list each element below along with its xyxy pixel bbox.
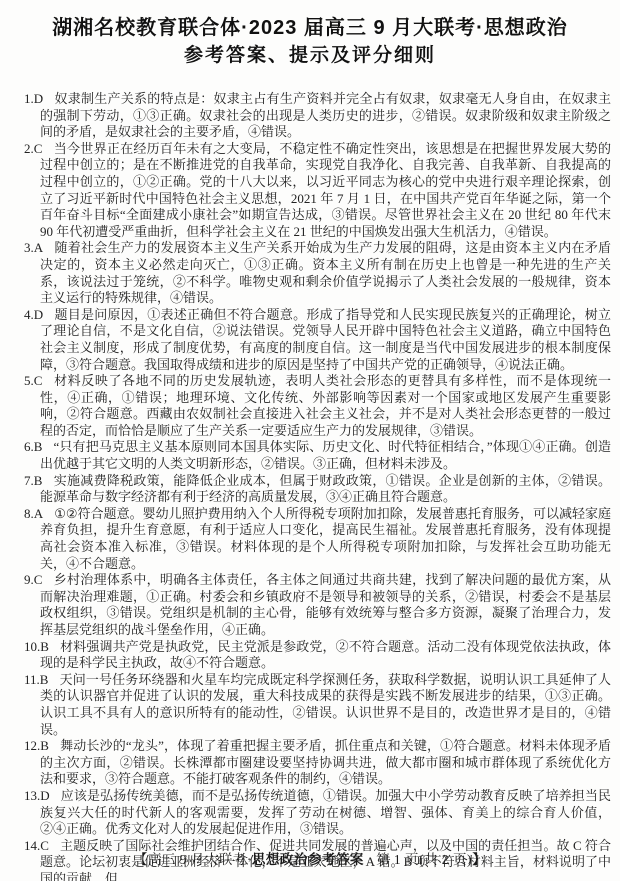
document-header: 湖湘名校教育联合体·2023 届高三 9 月大联考·思想政治 参考答案、提示及评… — [0, 0, 620, 70]
footer-subject-title: 思想政治参考答案 — [252, 852, 364, 867]
answer-text: 材料强调共产党是执政党，民主党派是参政党，②不符合题意。活动二没有体现党依法执政… — [40, 639, 611, 671]
answer-item-8: 8.A①②符合题意。婴幼儿照护费用纳入个人所得税专项附加扣除，发展普惠托育服务，… — [12, 506, 611, 572]
answer-item-13: 13.D应该是弘扬传统美德，而不是弘扬传统道德，①错误。加强大中小学劳动教育反映… — [12, 788, 611, 838]
answer-label: 6.B — [24, 439, 42, 454]
answer-item-11: 11.B天问一号任务环绕器和火星车均完成既定科学探测任务，获取科学数据，说明认识… — [12, 672, 611, 738]
page-footer: 【高三 9 月大联考·思想政治参考答案第 1 页(共 2 页)】 — [0, 848, 620, 868]
answer-label: 5.C — [24, 373, 42, 388]
answer-text: 应该是弘扬传统美德，而不是弘扬传统道德，①错误。加强大中小学劳动教育反映了培养担… — [40, 788, 611, 836]
answer-text: 实施减费降税政策，能降低企业成本，但属于财政政策，①错误。企业是创新的主体，②错… — [40, 473, 611, 505]
answer-label: 3.A — [24, 240, 43, 255]
answer-text: 天问一号任务环绕器和火星车均完成既定科学探测任务，获取科学数据，说明认识工具延伸… — [40, 672, 611, 737]
footer-page-number: 第 1 页(共 2 页)】 — [376, 852, 486, 867]
answer-item-9: 9.C乡村治理体系中，明确各主体责任，各主体之间通过共商共建，找到了解决问题的最… — [12, 572, 611, 638]
answer-text: 奴隶制生产关系的特点是：奴隶主占有生产资料并完全占有奴隶，奴隶毫无人身自由，在奴… — [40, 91, 611, 139]
answer-text: “只有把马克思主义基本原则同本国具体实际、历史文化、时代特征相结合，”体现①④正… — [40, 439, 611, 471]
answer-label: 8.A — [24, 506, 43, 521]
answer-item-10: 10.B材料强调共产党是执政党，民主党派是参政党，②不符合题意。活动二没有体现党… — [12, 639, 611, 672]
answer-text: ①②符合题意。婴幼儿照护费用纳入个人所得税专项附加扣除，发展普惠托育服务，可以减… — [40, 506, 611, 571]
answer-item-3: 3.A随着社会生产力的发展资本主义生产关系开始成为生产力发展的阻碍，这是由资本主… — [12, 240, 611, 306]
answer-item-5: 5.C材料反映了各地不同的历史发展轨迹，表明人类社会形态的更替具有多样性，而不是… — [12, 373, 611, 439]
answer-text: 随着社会生产力的发展资本主义生产关系开始成为生产力发展的阻碍，这是由资本主义内在… — [40, 240, 611, 305]
answer-text: 材料反映了各地不同的历史发展轨迹，表明人类社会形态的更替具有多样性，而不是体现统… — [40, 373, 611, 438]
answer-item-4: 4.D题目是问原因，①表述正确但不符合题意。形成了指导党和人民实现民族复兴的正确… — [12, 307, 611, 373]
answer-label: 2.C — [24, 141, 42, 156]
answer-text: 乡村治理体系中，明确各主体责任，各主体之间通过共商共建，找到了解决问题的最优方案… — [40, 572, 611, 637]
answer-label: 1.D — [24, 91, 43, 106]
answer-label: 7.B — [24, 473, 42, 488]
answer-text: 舞动长沙的“龙头”，体现了着重把握主要矛盾，抓住重点和关键，①符合题意。材料未体… — [40, 738, 611, 786]
answer-label: 12.B — [24, 738, 49, 753]
footer-exam-name: 【高三 9 月大联考· — [134, 852, 252, 867]
answer-label: 13.D — [24, 788, 50, 803]
answer-sheet-page: 湖湘名校教育联合体·2023 届高三 9 月大联考·思想政治 参考答案、提示及评… — [0, 0, 620, 881]
answer-label: 10.B — [24, 639, 49, 654]
answer-text: 当今世界正在经历百年未有之大变局，不稳定性不确定性突出，该思想是在把握世界发展大… — [40, 141, 611, 239]
answer-label: 4.D — [24, 307, 43, 322]
answer-item-1: 1.D奴隶制生产关系的特点是：奴隶主占有生产资料并完全占有奴隶，奴隶毫无人身自由… — [12, 91, 611, 141]
document-title-line2: 参考答案、提示及评分细则 — [0, 42, 620, 70]
answer-item-12: 12.B舞动长沙的“龙头”，体现了着重把握主要矛盾，抓住重点和关键，①符合题意。… — [12, 738, 611, 788]
answer-item-6: 6.B“只有把马克思主义基本原则同本国具体实际、历史文化、时代特征相结合，”体现… — [12, 439, 611, 472]
answer-label: 9.C — [24, 572, 42, 587]
answer-text: 题目是问原因，①表述正确但不符合题意。形成了指导党和人民实现民族复兴的正确理论，… — [40, 307, 611, 372]
document-title-line1: 湖湘名校教育联合体·2023 届高三 9 月大联考·思想政治 — [0, 15, 620, 42]
answer-label: 11.B — [24, 672, 48, 687]
answer-item-2: 2.C当今世界正在经历百年未有之大变局，不稳定性不确定性突出，该思想是在把握世界… — [12, 141, 611, 241]
answers-list: 1.D奴隶制生产关系的特点是：奴隶主占有生产资料并完全占有奴隶，奴隶毫无人身自由… — [0, 91, 620, 881]
answer-item-7: 7.B实施减费降税政策，能降低企业成本，但属于财政政策，①错误。企业是创新的主体… — [12, 473, 611, 506]
